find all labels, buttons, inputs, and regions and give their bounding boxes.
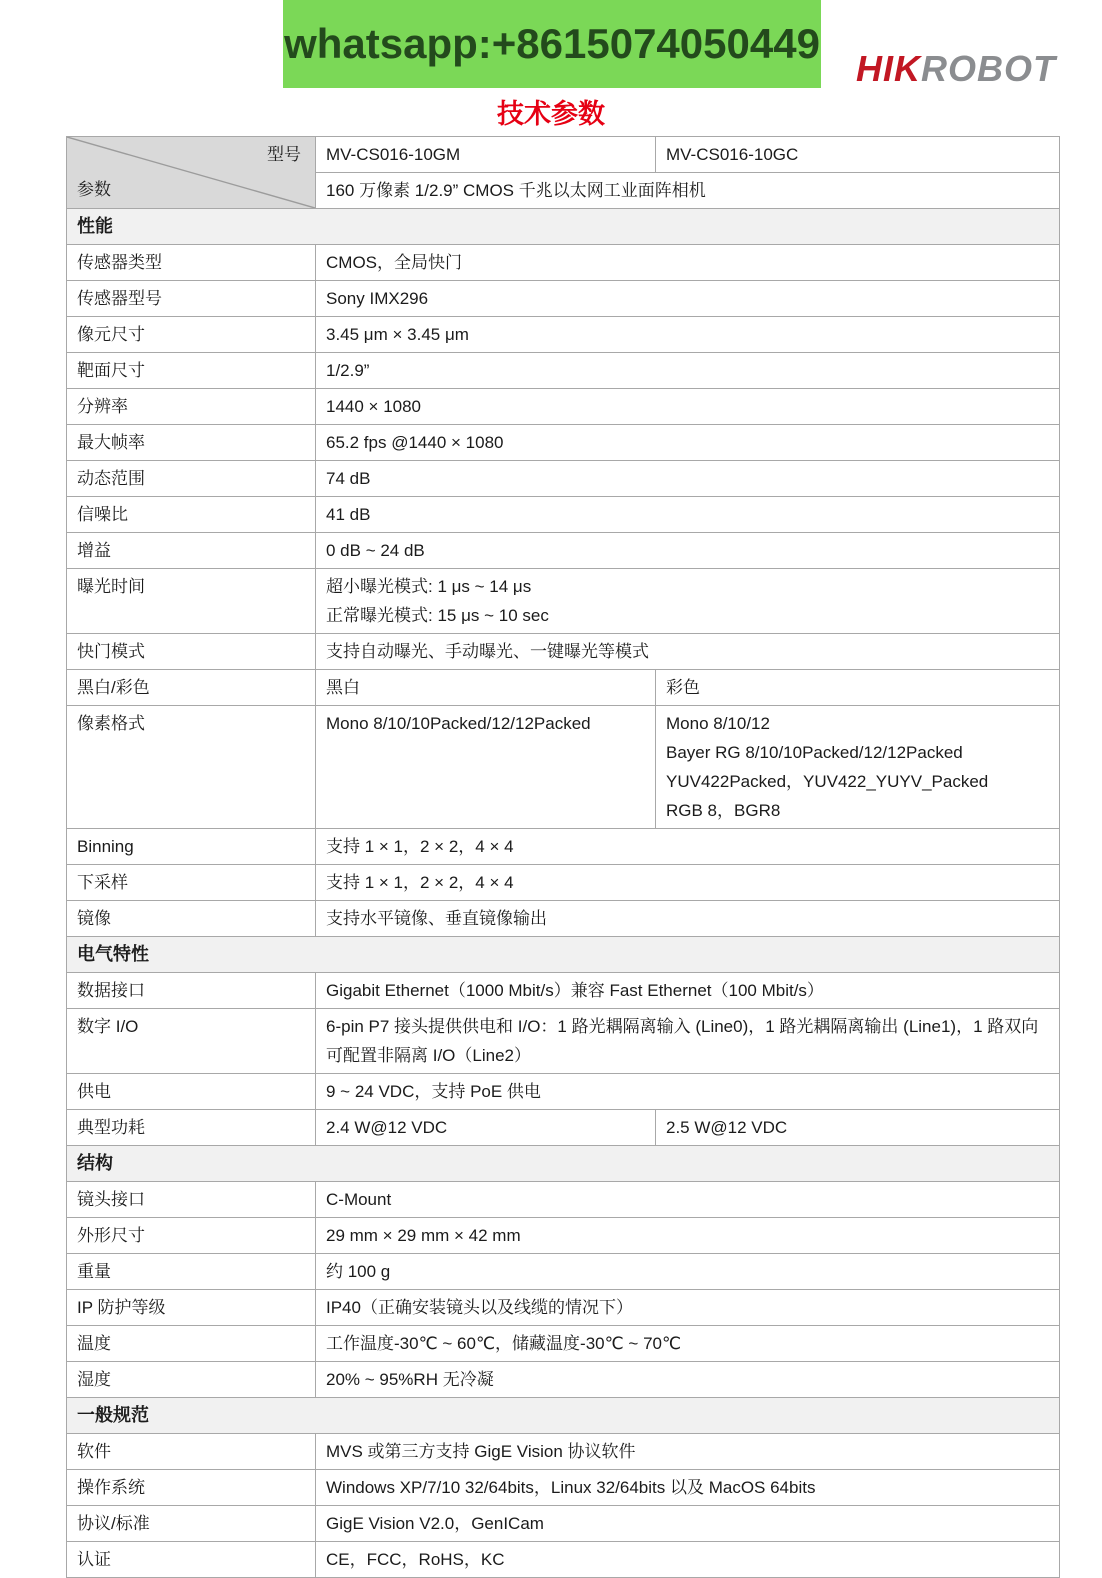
section-title: 一般规范 bbox=[67, 1398, 1060, 1434]
spec-row: 温度工作温度-30℃ ~ 60℃，储藏温度-30℃ ~ 70℃ bbox=[67, 1326, 1060, 1362]
spec-value-left: 黑白 bbox=[316, 670, 656, 706]
spec-value: 41 dB bbox=[316, 497, 1060, 533]
spec-value: MVS 或第三方支持 GigE Vision 协议软件 bbox=[316, 1434, 1060, 1470]
spec-value: 74 dB bbox=[316, 461, 1060, 497]
spec-value: 20% ~ 95%RH 无冷凝 bbox=[316, 1362, 1060, 1398]
spec-label: 供电 bbox=[67, 1074, 316, 1110]
spec-row: IP 防护等级IP40（正确安装镜头以及线缆的情况下） bbox=[67, 1290, 1060, 1326]
spec-row: 像素格式Mono 8/10/10Packed/12/12PackedMono 8… bbox=[67, 706, 1060, 829]
cell-text: 1440 × 1080 bbox=[326, 392, 1049, 421]
spec-value: GigE Vision V2.0，GenICam bbox=[316, 1506, 1060, 1542]
spec-label: 黑白/彩色 bbox=[67, 670, 316, 706]
spec-row: 认证CE，FCC，RoHS，KC bbox=[67, 1542, 1060, 1578]
spec-label: 外形尺寸 bbox=[67, 1218, 316, 1254]
cell-text: 正常曝光模式: 15 μs ~ 10 sec bbox=[326, 601, 1049, 630]
cell-text: 41 dB bbox=[326, 500, 1049, 529]
section-header-row: 性能 bbox=[67, 209, 1060, 245]
spec-row: 镜像支持水平镜像、垂直镜像输出 bbox=[67, 901, 1060, 937]
cell-text: 9 ~ 24 VDC，支持 PoE 供电 bbox=[326, 1077, 1049, 1106]
cell-text: Bayer RG 8/10/10Packed/12/12Packed bbox=[666, 738, 1049, 767]
whatsapp-banner-text: whatsapp:+8615074050449 bbox=[284, 20, 820, 68]
spec-label: IP 防护等级 bbox=[67, 1290, 316, 1326]
spec-label: 像元尺寸 bbox=[67, 317, 316, 353]
section-title: 电气特性 bbox=[67, 937, 1060, 973]
spec-label: 镜头接口 bbox=[67, 1182, 316, 1218]
spec-row: 最大帧率65.2 fps @1440 × 1080 bbox=[67, 425, 1060, 461]
spec-value: 65.2 fps @1440 × 1080 bbox=[316, 425, 1060, 461]
spec-label: 操作系统 bbox=[67, 1470, 316, 1506]
cell-text: 支持 1 × 1，2 × 2，4 × 4 bbox=[326, 868, 1049, 897]
spec-value: IP40（正确安装镜头以及线缆的情况下） bbox=[316, 1290, 1060, 1326]
cell-text: Mono 8/10/12 bbox=[666, 709, 1049, 738]
spec-label: 下采样 bbox=[67, 865, 316, 901]
spec-label: 数字 I/O bbox=[67, 1009, 316, 1074]
spec-row: 数据接口Gigabit Ethernet（1000 Mbit/s）兼容 Fast… bbox=[67, 973, 1060, 1009]
cell-text: GigE Vision V2.0，GenICam bbox=[326, 1509, 1049, 1538]
spec-row: 黑白/彩色黑白彩色 bbox=[67, 670, 1060, 706]
spec-row: 供电9 ~ 24 VDC，支持 PoE 供电 bbox=[67, 1074, 1060, 1110]
spec-row: 重量约 100 g bbox=[67, 1254, 1060, 1290]
spec-value: Sony IMX296 bbox=[316, 281, 1060, 317]
spec-value: 1440 × 1080 bbox=[316, 389, 1060, 425]
spec-value: 9 ~ 24 VDC，支持 PoE 供电 bbox=[316, 1074, 1060, 1110]
spec-label: 软件 bbox=[67, 1434, 316, 1470]
spec-row: 下采样支持 1 × 1，2 × 2，4 × 4 bbox=[67, 865, 1060, 901]
spec-value: 1/2.9” bbox=[316, 353, 1060, 389]
spec-value: 29 mm × 29 mm × 42 mm bbox=[316, 1218, 1060, 1254]
spec-value: 超小曝光模式: 1 μs ~ 14 μs正常曝光模式: 15 μs ~ 10 s… bbox=[316, 569, 1060, 634]
spec-row: 协议/标准GigE Vision V2.0，GenICam bbox=[67, 1506, 1060, 1542]
spec-label: 湿度 bbox=[67, 1362, 316, 1398]
corner-label-model: 型号 bbox=[267, 140, 301, 169]
page-title: 技术参数 bbox=[0, 92, 1102, 131]
spec-value-right: 彩色 bbox=[656, 670, 1060, 706]
spec-label: 协议/标准 bbox=[67, 1506, 316, 1542]
logo-part-hik: HIK bbox=[856, 48, 921, 89]
spec-label: 重量 bbox=[67, 1254, 316, 1290]
spec-value: 3.45 μm × 3.45 μm bbox=[316, 317, 1060, 353]
spec-label: 靶面尺寸 bbox=[67, 353, 316, 389]
header-row-models: 型号 参数 MV-CS016-10GM MV-CS016-10GC bbox=[67, 137, 1060, 173]
cell-text: C-Mount bbox=[326, 1185, 1049, 1214]
spec-label: 快门模式 bbox=[67, 634, 316, 670]
cell-text: 0 dB ~ 24 dB bbox=[326, 536, 1049, 565]
cell-text: RGB 8，BGR8 bbox=[666, 796, 1049, 825]
logo-part-robot: ROBOT bbox=[921, 48, 1056, 89]
cell-text: 2.4 W@12 VDC bbox=[326, 1113, 645, 1142]
cell-text: Gigabit Ethernet（1000 Mbit/s）兼容 Fast Eth… bbox=[326, 976, 1049, 1005]
spec-row: 像元尺寸3.45 μm × 3.45 μm bbox=[67, 317, 1060, 353]
section-title: 性能 bbox=[67, 209, 1060, 245]
spec-row: Binning支持 1 × 1，2 × 2，4 × 4 bbox=[67, 829, 1060, 865]
spec-table-body: 型号 参数 MV-CS016-10GM MV-CS016-10GC 160 万像… bbox=[67, 137, 1060, 1578]
cell-text: 约 100 g bbox=[326, 1257, 1049, 1286]
cell-text: Mono 8/10/10Packed/12/12Packed bbox=[326, 709, 645, 738]
spec-value: 支持 1 × 1，2 × 2，4 × 4 bbox=[316, 865, 1060, 901]
section-header-row: 电气特性 bbox=[67, 937, 1060, 973]
spec-value: 支持自动曝光、手动曝光、一键曝光等模式 bbox=[316, 634, 1060, 670]
spec-label: 动态范围 bbox=[67, 461, 316, 497]
spec-value: 0 dB ~ 24 dB bbox=[316, 533, 1060, 569]
spec-label: 传感器类型 bbox=[67, 245, 316, 281]
cell-text: 工作温度-30℃ ~ 60℃，储藏温度-30℃ ~ 70℃ bbox=[326, 1329, 1049, 1358]
spec-row: 典型功耗2.4 W@12 VDC2.5 W@12 VDC bbox=[67, 1110, 1060, 1146]
cell-text: 6-pin P7 接头提供供电和 I/O：1 路光耦隔离输入 (Line0)，1… bbox=[326, 1012, 1049, 1070]
spec-value: CE，FCC，RoHS，KC bbox=[316, 1542, 1060, 1578]
cell-text: 支持水平镜像、垂直镜像输出 bbox=[326, 904, 1049, 933]
spec-row: 镜头接口C-Mount bbox=[67, 1182, 1060, 1218]
spec-value: Windows XP/7/10 32/64bits，Linux 32/64bit… bbox=[316, 1470, 1060, 1506]
cell-text: 支持 1 × 1，2 × 2，4 × 4 bbox=[326, 832, 1049, 861]
spec-value-left: Mono 8/10/10Packed/12/12Packed bbox=[316, 706, 656, 829]
spec-value: 工作温度-30℃ ~ 60℃，储藏温度-30℃ ~ 70℃ bbox=[316, 1326, 1060, 1362]
spec-value: 支持 1 × 1，2 × 2，4 × 4 bbox=[316, 829, 1060, 865]
spec-value-right: 2.5 W@12 VDC bbox=[656, 1110, 1060, 1146]
spec-label: 镜像 bbox=[67, 901, 316, 937]
spec-value: 6-pin P7 接头提供供电和 I/O：1 路光耦隔离输入 (Line0)，1… bbox=[316, 1009, 1060, 1074]
spec-label: 传感器型号 bbox=[67, 281, 316, 317]
spec-label: 信噪比 bbox=[67, 497, 316, 533]
model-name-right: MV-CS016-10GC bbox=[656, 137, 1060, 173]
spec-label: 温度 bbox=[67, 1326, 316, 1362]
spec-label: 像素格式 bbox=[67, 706, 316, 829]
spec-value-right: Mono 8/10/12Bayer RG 8/10/10Packed/12/12… bbox=[656, 706, 1060, 829]
spec-row: 信噪比41 dB bbox=[67, 497, 1060, 533]
spec-label: 曝光时间 bbox=[67, 569, 316, 634]
cell-text: 3.45 μm × 3.45 μm bbox=[326, 320, 1049, 349]
spec-label: 数据接口 bbox=[67, 973, 316, 1009]
cell-text: CE，FCC，RoHS，KC bbox=[326, 1545, 1049, 1574]
cell-text: 20% ~ 95%RH 无冷凝 bbox=[326, 1365, 1049, 1394]
spec-table: 型号 参数 MV-CS016-10GM MV-CS016-10GC 160 万像… bbox=[66, 136, 1060, 1578]
cell-text: YUV422Packed，YUV422_YUYV_Packed bbox=[666, 767, 1049, 796]
camera-description: 160 万像素 1/2.9” CMOS 千兆以太网工业面阵相机 bbox=[316, 173, 1060, 209]
model-name-left: MV-CS016-10GM bbox=[316, 137, 656, 173]
cell-text: MVS 或第三方支持 GigE Vision 协议软件 bbox=[326, 1437, 1049, 1466]
spec-label: 最大帧率 bbox=[67, 425, 316, 461]
spec-value: CMOS，全局快门 bbox=[316, 245, 1060, 281]
spec-row: 快门模式支持自动曝光、手动曝光、一键曝光等模式 bbox=[67, 634, 1060, 670]
cell-text: Windows XP/7/10 32/64bits，Linux 32/64bit… bbox=[326, 1473, 1049, 1502]
spec-value-left: 2.4 W@12 VDC bbox=[316, 1110, 656, 1146]
spec-row: 软件MVS 或第三方支持 GigE Vision 协议软件 bbox=[67, 1434, 1060, 1470]
cell-text: 2.5 W@12 VDC bbox=[666, 1113, 1049, 1142]
whatsapp-banner: whatsapp:+8615074050449 bbox=[283, 0, 821, 88]
section-header-row: 一般规范 bbox=[67, 1398, 1060, 1434]
section-title: 结构 bbox=[67, 1146, 1060, 1182]
spec-row: 外形尺寸29 mm × 29 mm × 42 mm bbox=[67, 1218, 1060, 1254]
section-header-row: 结构 bbox=[67, 1146, 1060, 1182]
spec-label: 认证 bbox=[67, 1542, 316, 1578]
spec-row: 增益0 dB ~ 24 dB bbox=[67, 533, 1060, 569]
spec-row: 动态范围74 dB bbox=[67, 461, 1060, 497]
spec-row: 数字 I/O6-pin P7 接头提供供电和 I/O：1 路光耦隔离输入 (Li… bbox=[67, 1009, 1060, 1074]
spec-label: 分辨率 bbox=[67, 389, 316, 425]
spec-row: 操作系统Windows XP/7/10 32/64bits，Linux 32/6… bbox=[67, 1470, 1060, 1506]
cell-text: 彩色 bbox=[666, 673, 1049, 702]
spec-row: 曝光时间超小曝光模式: 1 μs ~ 14 μs正常曝光模式: 15 μs ~ … bbox=[67, 569, 1060, 634]
spec-value: C-Mount bbox=[316, 1182, 1060, 1218]
cell-text: 29 mm × 29 mm × 42 mm bbox=[326, 1221, 1049, 1250]
spec-row: 传感器型号Sony IMX296 bbox=[67, 281, 1060, 317]
hikrobot-logo: HIKROBOT bbox=[856, 48, 1056, 90]
spec-value: 支持水平镜像、垂直镜像输出 bbox=[316, 901, 1060, 937]
cell-text: 超小曝光模式: 1 μs ~ 14 μs bbox=[326, 572, 1049, 601]
cell-text: 黑白 bbox=[326, 673, 645, 702]
spec-row: 分辨率1440 × 1080 bbox=[67, 389, 1060, 425]
cell-text: 74 dB bbox=[326, 464, 1049, 493]
corner-label-param: 参数 bbox=[77, 175, 111, 204]
cell-text: 65.2 fps @1440 × 1080 bbox=[326, 428, 1049, 457]
cell-text: IP40（正确安装镜头以及线缆的情况下） bbox=[326, 1293, 1049, 1322]
spec-label: 增益 bbox=[67, 533, 316, 569]
spec-row: 靶面尺寸1/2.9” bbox=[67, 353, 1060, 389]
spec-value: 约 100 g bbox=[316, 1254, 1060, 1290]
cell-text: Sony IMX296 bbox=[326, 284, 1049, 313]
spec-label: 典型功耗 bbox=[67, 1110, 316, 1146]
spec-row: 传感器类型CMOS，全局快门 bbox=[67, 245, 1060, 281]
cell-text: 1/2.9” bbox=[326, 356, 1049, 385]
spec-row: 湿度20% ~ 95%RH 无冷凝 bbox=[67, 1362, 1060, 1398]
spec-value: Gigabit Ethernet（1000 Mbit/s）兼容 Fast Eth… bbox=[316, 973, 1060, 1009]
cell-text: CMOS，全局快门 bbox=[326, 248, 1049, 277]
cell-text: 支持自动曝光、手动曝光、一键曝光等模式 bbox=[326, 637, 1049, 666]
spec-label: Binning bbox=[67, 829, 316, 865]
corner-header-cell: 型号 参数 bbox=[67, 137, 316, 209]
